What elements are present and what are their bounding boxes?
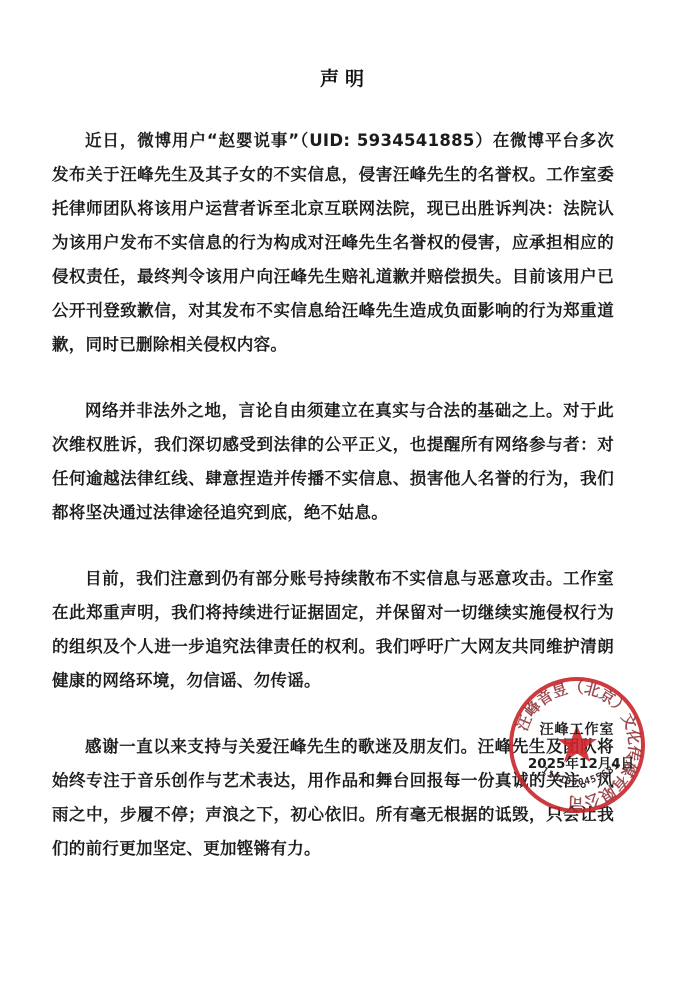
paragraph-2: 网络并非法外之地，言论自由须建立在真实与合法的基础之上。对于此次维权胜诉，我们深… (52, 394, 614, 530)
document-title: 声明 (0, 64, 690, 91)
seal-graphic: 汪峰音昱（北京）文化传媒有限公司 1101050455681 (507, 675, 647, 815)
paragraph-1: 近日，微博用户“赵婴说事”（UID: 5934541885）在微博平台多次发布关… (52, 124, 614, 362)
statement-page: 声明 近日，微博用户“赵婴说事”（UID: 5934541885）在微博平台多次… (0, 0, 690, 1003)
star-icon (557, 725, 597, 762)
company-seal: 汪峰音昱（北京）文化传媒有限公司 1101050455681 汪峰工作室 202… (507, 675, 647, 815)
